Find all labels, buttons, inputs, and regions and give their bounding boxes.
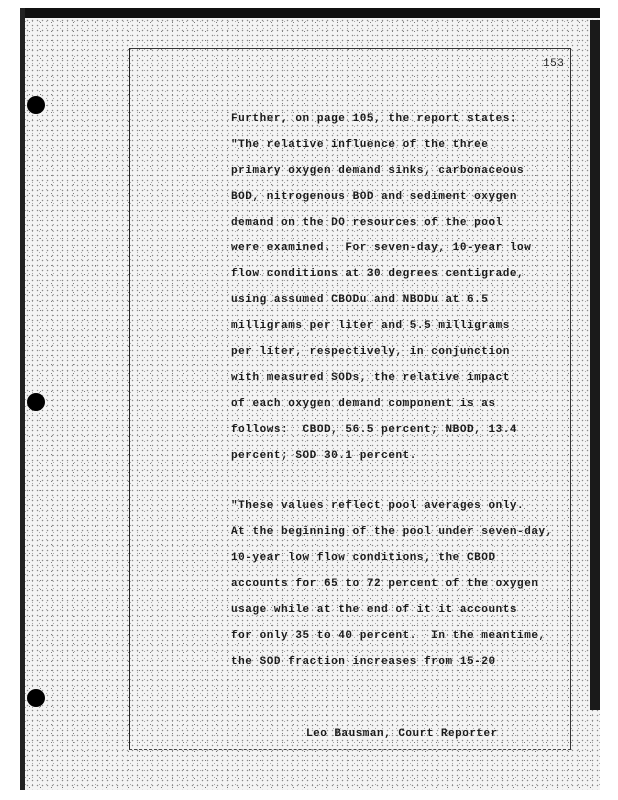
text-line: accounts for 65 to 72 percent of the oxy…	[231, 575, 571, 601]
transcript-body: Further, on page 105, the report states:…	[231, 110, 571, 679]
text-line: "The relative influence of the three	[231, 136, 571, 162]
text-line: for only 35 to 40 percent. In the meanti…	[231, 627, 571, 653]
text-line: with measured SODs, the relative impact	[231, 369, 571, 395]
text-line: were examined. For seven-day, 10-year lo…	[231, 239, 571, 265]
text-line: of each oxygen demand component is as	[231, 395, 571, 421]
text-line: percent; SOD 30.1 percent.	[231, 447, 571, 473]
text-line: milligrams per liter and 5.5 milligrams	[231, 317, 571, 343]
text-line: flow conditions at 30 degrees centigrade…	[231, 265, 571, 291]
text-line: usage while at the end of it it accounts	[231, 601, 571, 627]
text-line: using assumed CBODu and NBODu at 6.5	[231, 291, 571, 317]
punch-hole-icon	[27, 689, 45, 707]
text-line: the SOD fraction increases from 15-20	[231, 653, 571, 679]
text-line: "These values reflect pool averages only…	[231, 497, 571, 523]
text-line: follows: CBOD, 56.5 percent; NBOD, 13.4	[231, 421, 571, 447]
court-reporter-footer: Leo Bausman, Court Reporter	[306, 728, 498, 740]
page-number: 153	[543, 58, 564, 70]
text-line: 10-year low flow conditions, the CBOD	[231, 549, 571, 575]
paragraph: "These values reflect pool averages only…	[231, 497, 571, 678]
scan-right-edge	[590, 20, 600, 710]
punch-hole-icon	[27, 393, 45, 411]
paragraph: Further, on page 105, the report states:…	[231, 110, 571, 472]
text-line: At the beginning of the pool under seven…	[231, 523, 571, 549]
scan-left-edge	[20, 8, 25, 790]
scan-top-edge	[20, 8, 600, 18]
text-line: Further, on page 105, the report states:	[231, 110, 571, 136]
punch-hole-icon	[27, 96, 45, 114]
text-line: BOD, nitrogenous BOD and sediment oxygen	[231, 188, 571, 214]
text-line: demand on the DO resources of the pool	[231, 214, 571, 240]
text-line: primary oxygen demand sinks, carbonaceou…	[231, 162, 571, 188]
paragraph-gap	[231, 472, 571, 497]
text-line: per liter, respectively, in conjunction	[231, 343, 571, 369]
